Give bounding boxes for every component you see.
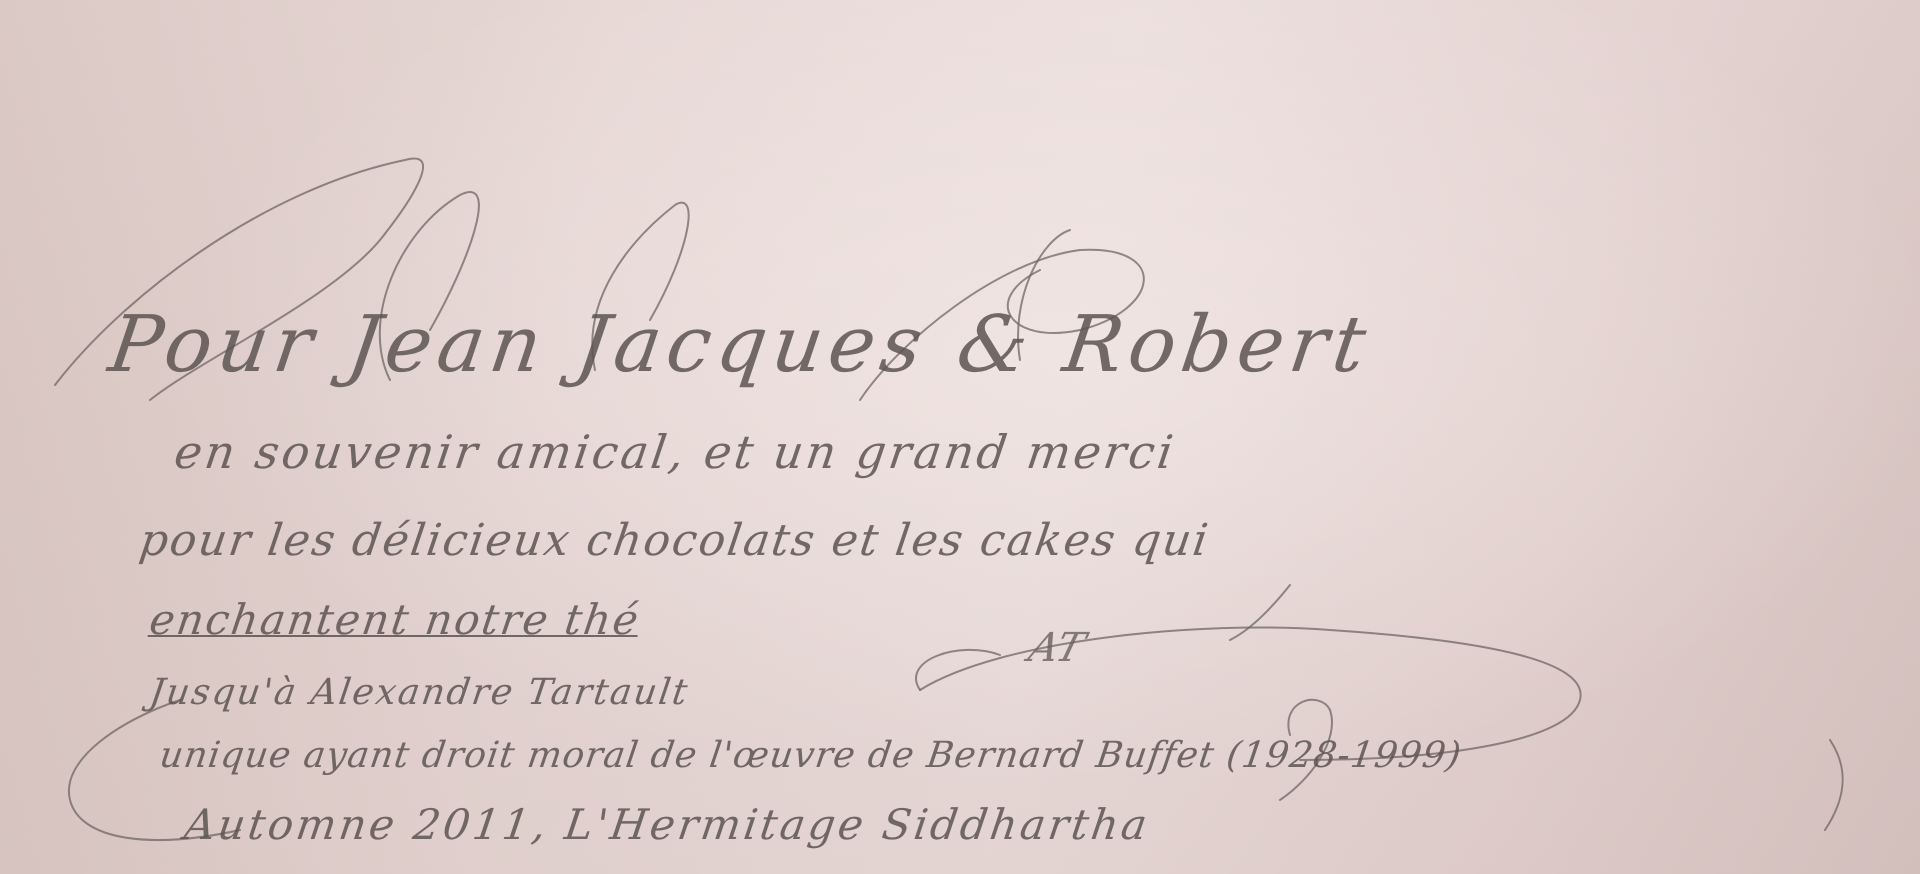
- dedication-line-6: unique ayant droit moral de l'œuvre de B…: [157, 735, 1464, 776]
- dedication-line-5: Jusqu'à Alexandre Tartault: [147, 672, 692, 713]
- dedication-signature-line: Automne 2011, L'Hermitage Siddhartha: [182, 800, 1153, 849]
- dedication-line-3: pour les délicieux chocolats et les cake…: [136, 515, 1212, 566]
- dedication-line-2: en souvenir amical, et un grand merci: [171, 425, 1179, 479]
- dedication-salutation: Pour Jean Jacques & Robert: [104, 300, 1377, 390]
- dedication-line-4: enchantent notre thé: [147, 595, 644, 644]
